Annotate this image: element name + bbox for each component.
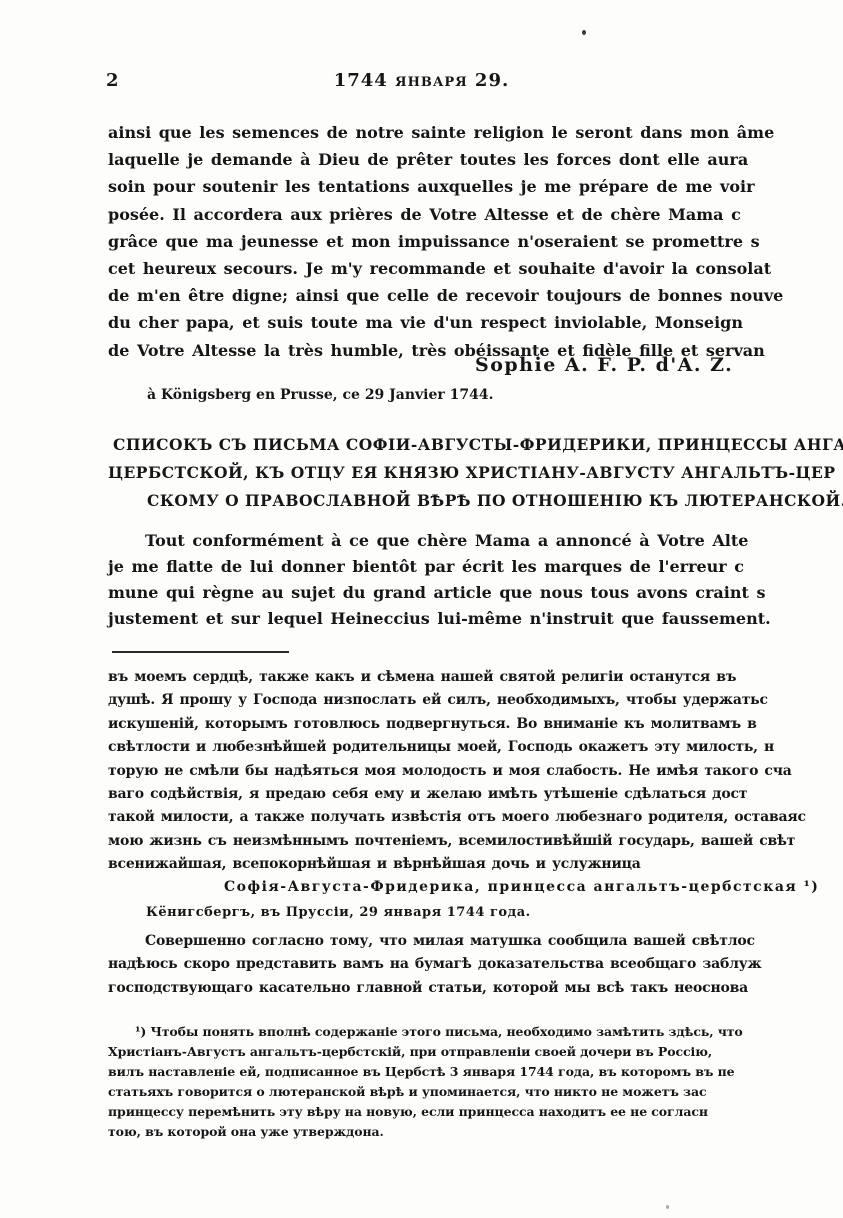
text-line: mune qui règne au sujet du grand article…: [108, 580, 756, 606]
text-line: надѣюсь скоро представить вамъ на бумагѣ…: [108, 953, 768, 976]
text-line: въ моемъ сердцѣ, также какъ и сѣмена наш…: [108, 666, 768, 689]
footnote-line: вилъ наставленіе ей, подписанное въ Церб…: [108, 1062, 768, 1082]
text-line: торую не смѣли бы надѣяться моя молодост…: [108, 760, 768, 783]
text-line: ваго содѣйствія, я предаю себя ему и жел…: [108, 783, 768, 806]
footnote-block: ¹) Чтобы понять вполнѣ содержаніе этого …: [108, 1022, 768, 1142]
section-divider-rule: [112, 651, 289, 653]
faint-speck-artifact: [666, 1205, 669, 1209]
heading-line: СПИСОКЪ СЪ ПИСЬМА СОФІИ-АВГУСТЫ-ФРИДЕРИК…: [108, 431, 768, 459]
footnote-line: принцессу перемѣнить эту вѣру на новую, …: [108, 1102, 768, 1122]
russian-dateline: Кёнигсбергъ, въ Пруссіи, 29 января 1744 …: [146, 905, 531, 920]
text-line: je me flatte de lui donner bientôt par é…: [108, 554, 756, 580]
heading-line: ЦЕРБСТСКОЙ, КЪ ОТЦУ ЕЯ КНЯЗЮ ХРИСТІАНУ-А…: [108, 459, 768, 487]
footnote-line: Христіанъ-Августъ ангальтъ-цербстскій, п…: [108, 1042, 768, 1062]
text-line: мою жизнь съ неизмѣннымъ почтеніемъ, все…: [108, 830, 768, 853]
russian-second-paragraph: Совершенно согласно тому, что милая мату…: [108, 930, 768, 1000]
text-line: свѣтлости и любезнѣйшей родительницы мое…: [108, 736, 768, 759]
text-line: du cher papa, et suis toute ma vie d'un …: [108, 309, 756, 336]
text-line: Tout conformément à ce que chère Mama a …: [108, 528, 756, 554]
ink-speck-artifact: [582, 30, 586, 35]
text-line: господствующаго касательно главной стать…: [108, 977, 768, 1000]
text-line: ainsi que les semences de notre sainte r…: [108, 119, 756, 146]
text-line: cet heureux secours. Je m'y recommande e…: [108, 255, 756, 282]
running-head: 1744 января 29.: [0, 70, 843, 91]
french-letter-body: ainsi que les semences de notre sainte r…: [108, 119, 756, 364]
heading-line: СКОМУ О ПРАВОСЛАВНОЙ ВѢРѢ ПО ОТНОШЕНІЮ К…: [108, 487, 768, 515]
footnote-line: ¹) Чтобы понять вполнѣ содержаніе этого …: [108, 1022, 768, 1042]
text-line: grâce que ma jeunesse et mon impuissance…: [108, 228, 756, 255]
text-line: душѣ. Я прошу у Господа низпослать ей си…: [108, 689, 768, 712]
footnote-line: тою, въ которой она уже утверждона.: [108, 1122, 768, 1142]
russian-signature: Софія-Августа-Фридерика, принцесса ангал…: [224, 879, 819, 895]
text-line: laquelle je demande à Dieu de prêter tou…: [108, 146, 756, 173]
french-postscript-paragraph: Tout conformément à ce que chère Mama a …: [108, 528, 756, 632]
text-line: justement et sur lequel Heineccius lui-m…: [108, 606, 756, 632]
text-line: всенижайшая, всепокорнѣйшая и вѣрнѣйшая …: [108, 853, 768, 876]
text-line: Совершенно согласно тому, что милая мату…: [108, 930, 768, 953]
text-line: soin pour soutenir les tentations auxque…: [108, 173, 756, 200]
french-signature: Sophie A. F. P. d'A. Z.: [475, 354, 733, 376]
text-line: posée. Il accordera aux prières de Votre…: [108, 201, 756, 228]
text-line: de m'en être digne; ainsi que celle de r…: [108, 282, 756, 309]
french-dateline: à Königsberg en Prusse, ce 29 Janvier 17…: [147, 387, 494, 403]
text-line: такой милости, а также получать извѣстія…: [108, 806, 768, 829]
footnote-line: статьяхъ говорится о лютеранской вѣрѣ и …: [108, 1082, 768, 1102]
text-line: искушеній, которымъ готовлюсь подвергнут…: [108, 713, 768, 736]
russian-translation-body: въ моемъ сердцѣ, также какъ и сѣмена наш…: [108, 666, 768, 877]
document-heading: СПИСОКЪ СЪ ПИСЬМА СОФІИ-АВГУСТЫ-ФРИДЕРИК…: [108, 431, 768, 515]
scanned-book-page: 2 1744 января 29. ainsi que les semences…: [0, 0, 843, 1218]
